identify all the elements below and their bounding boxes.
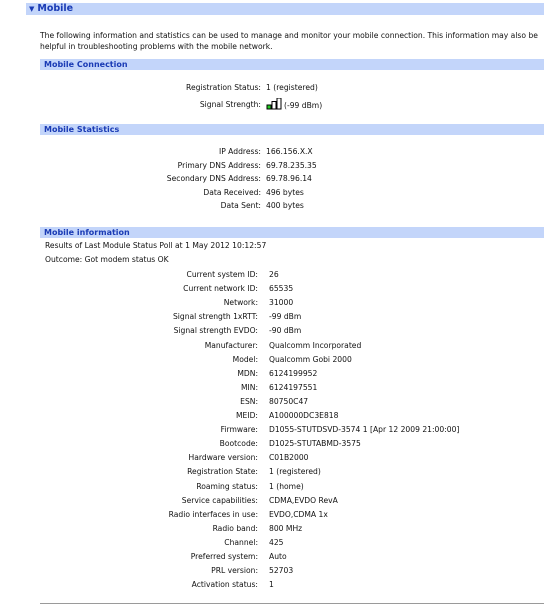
field-label: Model: xyxy=(233,353,258,366)
information-row: Bootcode:D1025-STUTABMD-3575 xyxy=(0,437,544,450)
field-label: IP Address: xyxy=(219,145,261,158)
information-row: Firmware:D1055-STUTDSVD-3574 1 [Apr 12 2… xyxy=(0,423,544,436)
field-label: Preferred system: xyxy=(191,550,258,563)
information-row: Current system ID:26 xyxy=(0,268,544,281)
poll-result-line: Results of Last Module Status Poll at 1 … xyxy=(45,240,266,252)
field-value: Auto xyxy=(269,550,287,563)
section-header-mobile-information: Mobile information xyxy=(40,227,544,238)
field-label: Radio interfaces in use: xyxy=(169,508,258,521)
field-value: 65535 xyxy=(269,282,293,295)
registration-status-label: Registration Status: xyxy=(186,81,261,94)
field-label: MDN: xyxy=(237,367,258,380)
field-value: 1 (home) xyxy=(269,480,304,493)
field-value: 52703 xyxy=(269,564,293,577)
field-value: 800 MHz xyxy=(269,522,302,535)
field-label: MIN: xyxy=(241,381,258,394)
field-label: PRL version: xyxy=(211,564,258,577)
field-value: A100000DC3E818 xyxy=(269,409,338,422)
information-row: Channel:425 xyxy=(0,536,544,549)
information-row: Manufacturer:Qualcomm Incorporated xyxy=(0,339,544,352)
information-row: MEID:A100000DC3E818 xyxy=(0,409,544,422)
signal-strength-row: Signal Strength: (-99 dBm) xyxy=(0,98,544,111)
information-row: Roaming status:1 (home) xyxy=(0,480,544,493)
field-value: -90 dBm xyxy=(269,324,301,337)
field-value: 166.156.X.X xyxy=(266,145,313,158)
mobile-panel-header[interactable]: ▼Mobile xyxy=(26,3,544,15)
field-label: Signal strength EVDO: xyxy=(174,324,258,337)
section-header-mobile-statistics: Mobile Statistics xyxy=(40,124,544,135)
field-value: Qualcomm Incorporated xyxy=(269,339,361,352)
information-row: Signal strength EVDO:-90 dBm xyxy=(0,324,544,337)
field-value: D1055-STUTDSVD-3574 1 [Apr 12 2009 21:00… xyxy=(269,423,459,436)
field-value: 69.78.235.35 xyxy=(266,159,317,172)
statistics-row: Data Received:496 bytes xyxy=(0,186,544,199)
field-label: Service capabilities: xyxy=(182,494,258,507)
information-row: Radio band:800 MHz xyxy=(0,522,544,535)
information-row: Preferred system:Auto xyxy=(0,550,544,563)
field-value: 496 bytes xyxy=(266,186,304,199)
information-row: Signal strength 1xRTT:-99 dBm xyxy=(0,310,544,323)
field-value: 425 xyxy=(269,536,284,549)
field-value: 26 xyxy=(269,268,279,281)
field-label: Manufacturer: xyxy=(205,339,258,352)
field-value: EVDO,CDMA 1x xyxy=(269,508,328,521)
statistics-row: Data Sent:400 bytes xyxy=(0,199,544,212)
field-value: 69.78.96.14 xyxy=(266,172,312,185)
field-label: Data Sent: xyxy=(221,199,261,212)
field-value: 1 (registered) xyxy=(269,465,321,478)
outcome-line: Outcome: Got modem status OK xyxy=(45,254,169,266)
divider xyxy=(40,603,544,604)
mobile-panel-title[interactable]: ▼Mobile xyxy=(29,3,73,15)
field-value: 400 bytes xyxy=(266,199,304,212)
field-label: Data Received: xyxy=(203,186,261,199)
information-row: Current network ID:65535 xyxy=(0,282,544,295)
field-value: D1025-STUTABMD-3575 xyxy=(269,437,361,450)
field-label: Firmware: xyxy=(221,423,258,436)
information-row: Registration State:1 (registered) xyxy=(0,465,544,478)
field-value: 6124197551 xyxy=(269,381,317,394)
field-value: 80750C47 xyxy=(269,395,308,408)
field-label: Secondary DNS Address: xyxy=(167,172,261,185)
field-label: Primary DNS Address: xyxy=(178,159,261,172)
signal-strength-value: (-99 dBm) xyxy=(266,98,322,112)
field-label: Activation status: xyxy=(192,578,258,591)
information-row: Service capabilities:CDMA,EVDO RevA xyxy=(0,494,544,507)
field-label: Network: xyxy=(224,296,258,309)
information-row: MDN:6124199952 xyxy=(0,367,544,380)
statistics-row: IP Address:166.156.X.X xyxy=(0,145,544,158)
intro-text: The following information and statistics… xyxy=(40,30,542,52)
field-label: Current system ID: xyxy=(187,268,258,281)
field-value: Qualcomm Gobi 2000 xyxy=(269,353,352,366)
triangle-down-icon[interactable]: ▼ xyxy=(29,5,34,13)
information-row: PRL version:52703 xyxy=(0,564,544,577)
information-row: MIN:6124197551 xyxy=(0,381,544,394)
information-row: Activation status:1 xyxy=(0,578,544,591)
information-row: Network:31000 xyxy=(0,296,544,309)
signal-strength-label: Signal Strength: xyxy=(200,98,261,111)
field-label: Registration State: xyxy=(187,465,258,478)
registration-status-value: 1 (registered) xyxy=(266,81,318,94)
field-value: 31000 xyxy=(269,296,293,309)
field-label: ESN: xyxy=(240,395,258,408)
statistics-row: Secondary DNS Address:69.78.96.14 xyxy=(0,172,544,185)
section-header-mobile-connection: Mobile Connection xyxy=(40,59,544,70)
field-label: Bootcode: xyxy=(220,437,258,450)
field-label: Channel: xyxy=(224,536,258,549)
field-value: 6124199952 xyxy=(269,367,317,380)
information-row: Model:Qualcomm Gobi 2000 xyxy=(0,353,544,366)
statistics-row: Primary DNS Address:69.78.235.35 xyxy=(0,159,544,172)
information-row: ESN:80750C47 xyxy=(0,395,544,408)
information-row: Radio interfaces in use:EVDO,CDMA 1x xyxy=(0,508,544,521)
field-label: MEID: xyxy=(236,409,258,422)
field-label: Current network ID: xyxy=(183,282,258,295)
field-label: Signal strength 1xRTT: xyxy=(173,310,258,323)
field-value: CDMA,EVDO RevA xyxy=(269,494,338,507)
field-value: C01B2000 xyxy=(269,451,309,464)
field-value: -99 dBm xyxy=(269,310,301,323)
field-label: Roaming status: xyxy=(196,480,258,493)
field-label: Radio band: xyxy=(213,522,258,535)
signal-bars-icon xyxy=(266,98,282,110)
field-value: 1 xyxy=(269,578,274,591)
field-label: Hardware version: xyxy=(189,451,258,464)
information-row: Hardware version:C01B2000 xyxy=(0,451,544,464)
registration-status-row: Registration Status: 1 (registered) xyxy=(0,81,544,94)
